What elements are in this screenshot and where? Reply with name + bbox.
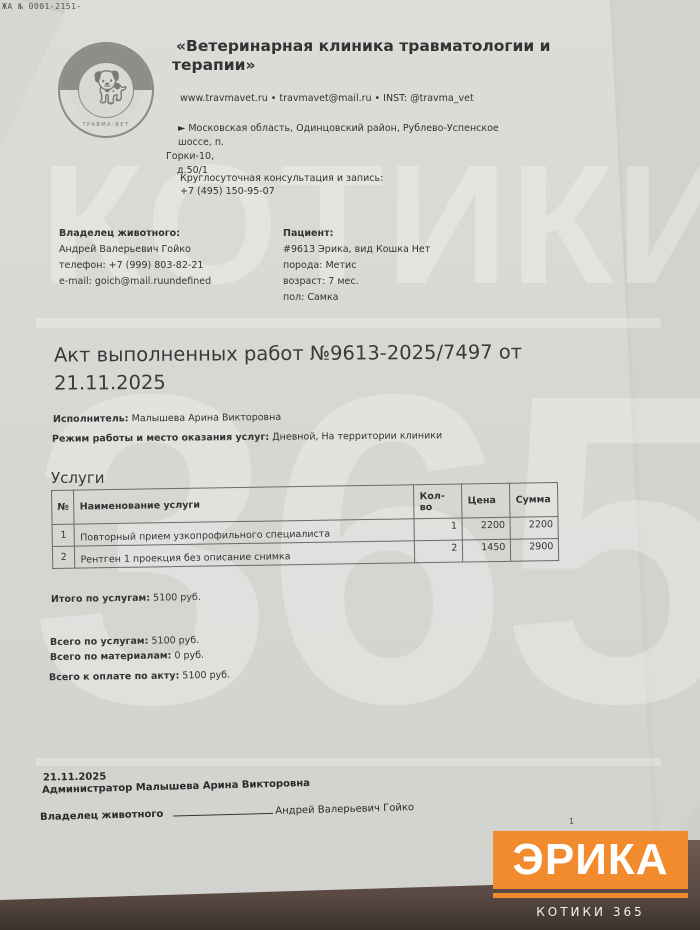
page-number: 1 xyxy=(569,817,574,826)
patient-sex: пол: Самка xyxy=(283,290,430,306)
clinic-address: ► Московская область, Одинцовский район,… xyxy=(166,122,526,178)
services-table: № Наименование услуги Кол-во Цена Сумма … xyxy=(51,482,560,569)
column-header: Сумма xyxy=(510,483,559,518)
brand-subtitle: КОТИКИ 365 xyxy=(493,905,688,919)
logo-caption: ТРАВМА-ВЕТ xyxy=(60,122,152,128)
owner-heading: Владелец животного: xyxy=(59,226,211,242)
service-mode: Режим работы и место оказания услуг: Дне… xyxy=(52,430,442,444)
owner-signature: Владелец животногоАндрей Валерьевич Гойк… xyxy=(40,800,414,823)
clinic-contacts: www.travmavet.ru • travmavet@mail.ru • I… xyxy=(180,93,474,104)
payable-total: Всего к оплате по акту: 5100 руб. xyxy=(49,670,230,684)
dog-silhouette-icon: 🐕︎ xyxy=(89,71,132,105)
signature-line xyxy=(173,804,273,817)
patient-breed: порода: Метис xyxy=(283,258,430,274)
document-content: ЖА № 0001-2151- 🐕︎ ТРАВМА-ВЕТ «Ветеринар… xyxy=(0,0,700,930)
column-header: Наименование услуги xyxy=(74,485,414,524)
corner-stamp: ЖА № 0001-2151- xyxy=(2,2,82,11)
executor: Исполнитель: Малышева Арина Викторовна xyxy=(53,412,281,425)
patient-id: #9613 Эрика, вид Кошка Нет xyxy=(283,242,430,258)
act-title: Акт выполненных работ №9613-2025/7497 от… xyxy=(54,338,524,397)
owner-email: e-mail: goich@mail.ruundefined xyxy=(59,274,211,290)
clinic-logo: 🐕︎ ТРАВМА-ВЕТ xyxy=(58,42,154,138)
patient-heading: Пациент: xyxy=(283,226,430,242)
materials-total: Всего по материалам: 0 руб. xyxy=(50,650,204,663)
clinic-hotline: Круглосуточная консультация и запись: +7… xyxy=(180,172,383,198)
owner-name: Андрей Валерьевич Гойко xyxy=(59,242,211,258)
patient-info: Пациент: #9613 Эрика, вид Кошка Нет поро… xyxy=(283,226,430,306)
services-subtotal: Итого по услугам: 5100 руб. xyxy=(51,592,201,605)
footer-date: 21.11.2025 xyxy=(43,771,106,783)
brand-badge: ЭРИКА xyxy=(493,831,688,889)
column-header: Цена xyxy=(462,483,511,518)
services-heading: Услуги xyxy=(51,469,104,487)
services-total: Всего по услугам: 5100 руб. xyxy=(50,635,199,648)
brand-name: ЭРИКА xyxy=(513,838,669,882)
brand-rule xyxy=(493,893,688,898)
patient-age: возраст: 7 мес. xyxy=(283,274,430,290)
column-header: № xyxy=(52,490,75,524)
owner-info: Владелец животного: Андрей Валерьевич Го… xyxy=(59,226,211,290)
clinic-name: «Ветеринарная клиника травматологии и те… xyxy=(172,37,552,75)
column-header: Кол-во xyxy=(414,484,463,519)
owner-phone: телефон: +7 (999) 803-82-21 xyxy=(59,258,211,274)
